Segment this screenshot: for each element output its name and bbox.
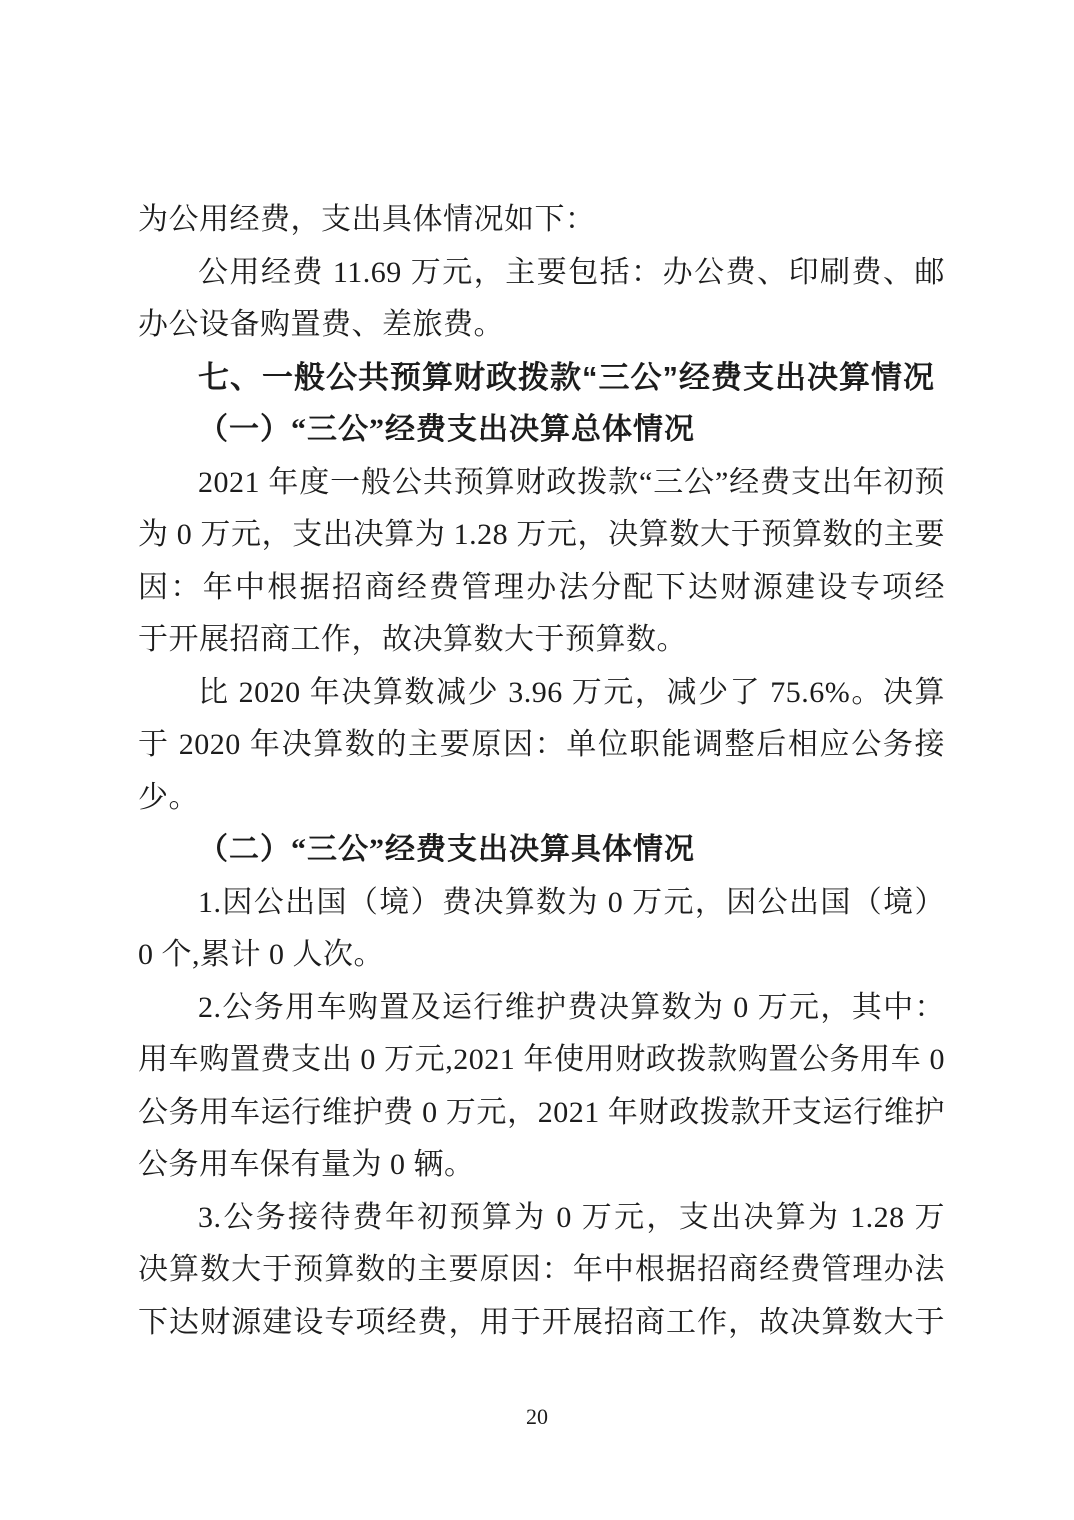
text-line: 于 2020 年决算数的主要原因：单位职能调整后相应公务接待减 <box>138 719 945 772</box>
text-line: 1.因公出国（境）费决算数为 0 万元，因公出国（境）团组 <box>138 877 945 930</box>
text-line: 于开展招商工作，故决算数大于预算数。 <box>138 614 945 667</box>
text-line: 用车购置费支出 0 万元,2021 年使用财政拨款购置公务用车 0 辆； <box>138 1034 945 1087</box>
text-line: 公务用车运行维护费 0 万元，2021 年财政拨款开支运行维护费的 <box>138 1087 945 1140</box>
text-line: 为 0 万元，支出决算为 1.28 万元，决算数大于预算数的主要原 <box>138 509 945 562</box>
text-line: 决算数大于预算数的主要原因：年中根据招商经费管理办法分配 <box>138 1244 945 1297</box>
section-heading-line: 七、一般公共预算财政拨款“三公”经费支出决算情况 <box>138 352 945 405</box>
text-line: 比 2020 年决算数减少 3.96 万元，减少了 75.6%。决算数小 <box>138 667 945 720</box>
text-line: 2.公务用车购置及运行维护费决算数为 0 万元，其中：公务 <box>138 982 945 1035</box>
subsection-heading-line: （一）“三公”经费支出决算总体情况 <box>138 404 945 457</box>
page-number: 20 <box>0 1403 1074 1431</box>
text-line: 为公用经费，支出具体情况如下： <box>138 194 945 247</box>
text-line: 0 个,累计 0 人次。 <box>138 929 945 982</box>
subsection-heading-line: （二）“三公”经费支出决算具体情况 <box>138 824 945 877</box>
text-line: 公务用车保有量为 0 辆。 <box>138 1139 945 1192</box>
document-body: 为公用经费，支出具体情况如下：公用经费 11.69 万元，主要包括：办公费、印刷… <box>138 194 945 1349</box>
document-page: 为公用经费，支出具体情况如下：公用经费 11.69 万元，主要包括：办公费、印刷… <box>0 0 1074 1520</box>
text-line: 因：年中根据招商经费管理办法分配下达财源建设专项经费，用 <box>138 562 945 615</box>
text-line: 下达财源建设专项经费，用于开展招商工作，故决算数大于预算 <box>138 1297 945 1350</box>
text-line: 公用经费 11.69 万元，主要包括：办公费、印刷费、邮电费、 <box>138 247 945 300</box>
text-line: 办公设备购置费、差旅费。 <box>138 299 945 352</box>
text-line: 2021 年度一般公共预算财政拨款“三公”经费支出年初预算 <box>138 457 945 510</box>
text-line: 3.公务接待费年初预算为 0 万元，支出决算为 1.28 万元， <box>138 1192 945 1245</box>
text-line: 少。 <box>138 772 945 825</box>
